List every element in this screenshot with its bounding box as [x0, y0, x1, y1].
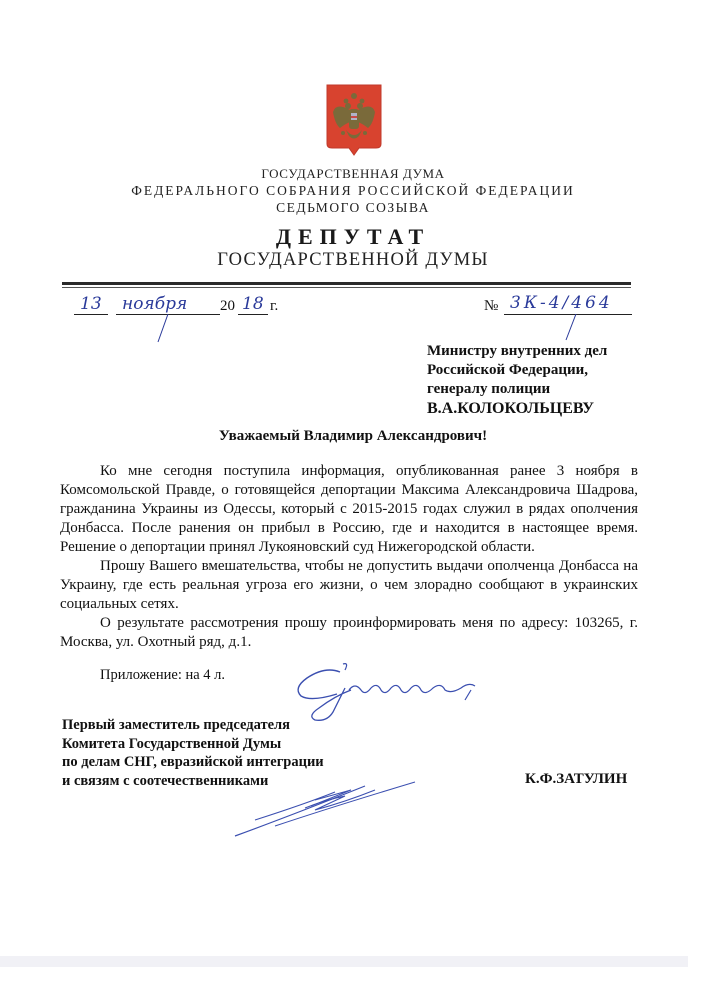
letterhead-title: ДЕПУТАТ	[0, 224, 706, 250]
handwriting-stroke	[154, 314, 174, 344]
header-line-3: СЕДЬМОГО СОЗЫВА	[0, 200, 706, 216]
attachment-note: Приложение: на 4 л.	[100, 667, 225, 684]
letter-page: ГОСУДАРСТВЕННАЯ ДУМА ФЕДЕРАЛЬНОГО СОБРАН…	[0, 0, 706, 1000]
salutation: Уважаемый Владимир Александрович!	[0, 428, 706, 445]
addressee-name: В.А.КОЛОКОЛЬЦЕВУ	[427, 399, 607, 418]
handwriting-stroke	[560, 314, 580, 344]
header-line-1: ГОСУДАРСТВЕННАЯ ДУМА	[0, 166, 706, 182]
signer-position-line: Комитета Государственной Думы	[62, 735, 324, 754]
header-line-2: ФЕДЕРАЛЬНОГО СОБРАНИЯ РОССИЙСКОЙ ФЕДЕРАЦ…	[0, 183, 706, 199]
addressee-line: Министру внутренних дел	[427, 342, 607, 361]
signer-position-line: Первый заместитель председателя	[62, 716, 324, 735]
russian-coat-of-arms-icon	[326, 84, 382, 156]
date-month: ноября	[122, 294, 187, 314]
header-divider-thin	[62, 287, 631, 288]
letter-body: Ко мне сегодня поступила информация, опу…	[60, 462, 638, 652]
signer-position-line: по делам СНГ, евразийской интеграции	[62, 753, 324, 772]
signer-name: К.Ф.ЗАТУЛИН	[525, 771, 627, 788]
addressee-line: Российской Федерации,	[427, 361, 607, 380]
document-date: 13 ноября 20 18 г.	[74, 296, 294, 318]
date-year-suffix: 18	[242, 294, 264, 314]
personal-signature	[215, 770, 435, 840]
document-number: № 3К-4/464	[484, 296, 634, 318]
addressee-block: Министру внутренних дел Российской Федер…	[427, 342, 607, 418]
scan-edge-band	[0, 956, 688, 967]
body-paragraph: Прошу Вашего вмешательства, чтобы не доп…	[60, 557, 638, 614]
letterhead-subtitle: ГОСУДАРСТВЕННОЙ ДУМЫ	[0, 250, 706, 271]
number-value: 3К-4/464	[510, 293, 613, 313]
body-paragraph: Ко мне сегодня поступила информация, опу…	[60, 462, 638, 557]
number-sign: №	[484, 298, 498, 315]
header-divider-thick	[62, 282, 631, 285]
date-day: 13	[80, 294, 102, 314]
addressee-line: генералу полиции	[427, 380, 607, 399]
date-year-prefix: 20	[220, 298, 235, 315]
date-year-unit: г.	[270, 298, 278, 315]
body-paragraph: О результате рассмотрения прошу проинфор…	[60, 614, 638, 652]
